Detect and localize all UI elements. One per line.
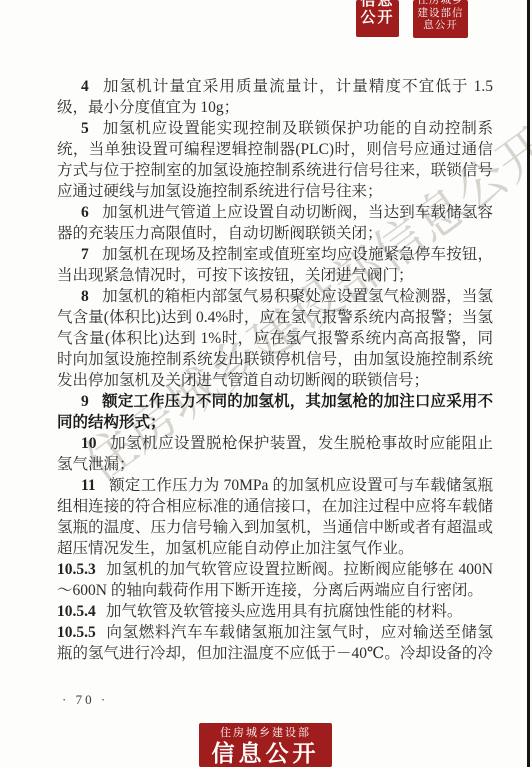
clause-text: 加氢机的加气软管应设置拉断阀。拉断阀应能够在 400N～600N 的轴向载荷作用… (57, 561, 493, 599)
stamp-line: 信息公开 (199, 740, 332, 767)
para-item-8: 8加氢机的箱柜内部氢气易积聚处应设置氢气检测器，当氢气含量(体积比)达到 0.4… (57, 286, 493, 391)
para-clause-10-5-4: 10.5.4加气软管及软管接头应选用具有抗腐蚀性能的材料。 (57, 601, 493, 622)
para-item-10: 10加氢机应设置脱枪保护装置，发生脱枪事故时应能阻止氢气泄漏； (57, 433, 493, 475)
item-number: 5 (81, 120, 89, 137)
red-stamp-bottom: 住房城乡建设部 信息公开 (199, 723, 332, 767)
stamp-line: 息公开 (413, 20, 468, 33)
item-number: 4 (81, 78, 89, 95)
red-stamp-top-left: 信息 公开 (356, 0, 399, 37)
clause-number: 10.5.4 (57, 603, 96, 620)
stamp-line: 住房城乡建设部 (199, 726, 332, 740)
item-text: 加氢机在现场及控制室或值班室均应设施紧急停车按钮，当出现紧急情况时，可按下该按钮… (57, 246, 493, 284)
para-item-7: 7加氢机在现场及控制室或值班室均应设施紧急停车按钮，当出现紧急情况时，可按下该按… (57, 244, 493, 286)
item-number: 10 (81, 435, 97, 452)
stamp-line: 建设部信 (413, 8, 468, 21)
para-item-6: 6加氢机进气管道上应设置自动切断阀，当达到车载储氢容器的充装压力高限值时，自动切… (57, 202, 493, 244)
stamp-text: 住房城乡 建设部信 息公开 (413, 0, 468, 33)
para-item-4: 4加氢机计量宜采用质量流量计，计量精度不宜低于 1.5 级，最小分度值宜为 10… (57, 76, 493, 118)
page-number: · 70 · (62, 692, 108, 708)
clause-text: 加气软管及软管接头应选用具有抗腐蚀性能的材料。 (106, 603, 463, 620)
clause-number: 10.5.3 (57, 561, 96, 578)
para-item-5: 5加氢机应设置能实现控制及联锁保护功能的自动控制系统，当单独设置可编程逻辑控制器… (57, 118, 493, 202)
para-clause-10-5-3: 10.5.3加氢机的加气软管应设置拉断阀。拉断阀应能够在 400N～600N 的… (57, 559, 493, 601)
item-number: 8 (81, 288, 89, 305)
clause-text: 向氢燃料汽车车载储氢瓶加注氢气时，应对输送至储氢瓶的氢气进行冷却，但加注温度不应… (57, 624, 493, 662)
para-item-11: 11额定工作压力为 70MPa 的加氢机应设置可与车载储氢瓶组相连接的符合相应标… (57, 475, 493, 559)
item-text: 加氢机应设置脱枪保护装置，发生脱枪事故时应能阻止氢气泄漏； (57, 435, 493, 473)
item-number: 11 (81, 477, 96, 494)
stamp-line: 公开 (356, 10, 399, 27)
item-text: 加氢机计量宜采用质量流量计，计量精度不宜低于 1.5 级，最小分度值宜为 10g… (57, 78, 493, 116)
para-clause-10-5-5: 10.5.5向氢燃料汽车车载储氢瓶加注氢气时，应对输送至储氢瓶的氢气进行冷却，但… (57, 622, 493, 664)
item-text: 加氢机应设置能实现控制及联锁保护功能的自动控制系统，当单独设置可编程逻辑控制器(… (57, 120, 493, 200)
para-item-9: 9额定工作压力不同的加氢机，其加氢枪的加注口应采用不同的结构形式； (57, 391, 493, 433)
red-stamp-top-right: 住房城乡 建设部信 息公开 (413, 0, 468, 38)
item-number: 7 (81, 246, 89, 263)
page-right-edge-line (527, 0, 530, 767)
stamp-text: 信息 公开 (356, 0, 399, 27)
item-text: 加氢机进气管道上应设置自动切断阀，当达到车载储氢容器的充装压力高限值时，自动切断… (57, 204, 493, 242)
body-text-column: 4加氢机计量宜采用质量流量计，计量精度不宜低于 1.5 级，最小分度值宜为 10… (57, 76, 493, 664)
item-text: 加氢机的箱柜内部氢气易积聚处应设置氢气检测器，当氢气含量(体积比)达到 0.4%… (57, 288, 493, 389)
item-text: 额定工作压力不同的加氢机，其加氢枪的加注口应采用不同的结构形式； (57, 393, 493, 431)
document-page: 住房城乡建设部信息公开 4加氢机计量宜采用质量流量计，计量精度不宜低于 1.5 … (0, 0, 532, 767)
item-number: 9 (81, 393, 89, 410)
item-text: 额定工作压力为 70MPa 的加氢机应设置可与车载储氢瓶组相连接的符合相应标准的… (57, 477, 493, 557)
stamp-line: 住房城乡 (413, 0, 468, 8)
item-number: 6 (81, 204, 89, 221)
clause-number: 10.5.5 (57, 624, 96, 641)
stamp-line: 信息 (356, 0, 399, 10)
